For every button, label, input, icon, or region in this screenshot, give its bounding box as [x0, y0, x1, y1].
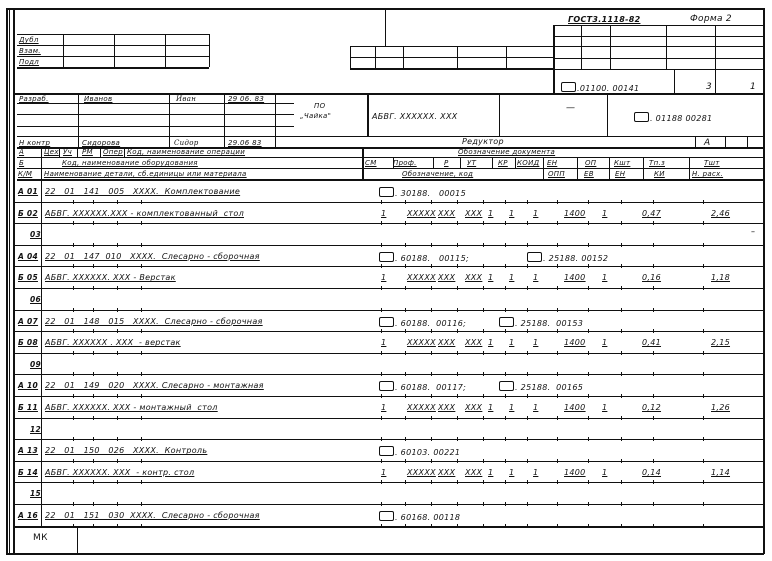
- row-value: 1400: [564, 338, 586, 348]
- row-value: 1: [488, 403, 493, 413]
- row-value: 0,47: [642, 209, 661, 219]
- header-b-name: Код, наименование оборудования: [62, 158, 198, 168]
- row-document-ref-2: . 25188. 00153: [499, 317, 583, 329]
- row-value: 1: [488, 209, 493, 219]
- row-value: 1: [509, 209, 514, 219]
- row-value: 1,18: [711, 273, 730, 283]
- row-document-ref-2: . 25188. 00152: [527, 252, 608, 264]
- col-kr: КР: [498, 158, 508, 168]
- col-designation-code: Обозначение, код: [402, 169, 473, 179]
- row-text: 22 01 148 015 XXXX. Слесарно - сборочная: [45, 317, 263, 327]
- row-document-ref-text: . 60188. 00116;: [395, 319, 466, 328]
- header-a-prefix: А: [19, 147, 24, 157]
- row-value: XXX: [465, 338, 482, 348]
- row-document-ref-text: . 60188. 00115;: [395, 254, 469, 263]
- row-value: XXX: [465, 273, 482, 283]
- row-value: 2,15: [711, 338, 730, 348]
- row-value: 1: [509, 468, 514, 478]
- row-number: Б 08: [18, 338, 38, 348]
- col-tsht: Тшт: [704, 158, 720, 168]
- table-row: 03–: [13, 223, 763, 245]
- row-value: 1: [533, 403, 538, 413]
- col-koid: КОИД: [517, 158, 539, 168]
- row-document-ref: . 60188. 00117;: [379, 381, 466, 393]
- col-sm: СМ: [365, 158, 377, 168]
- row-value: XXX: [438, 209, 455, 219]
- row-document-ref-text: . 30188. 00015: [395, 189, 466, 198]
- document-symbol-icon: [379, 252, 394, 262]
- row-value: 1: [488, 273, 493, 283]
- document-symbol-icon: [634, 112, 649, 122]
- table-row: 06: [13, 288, 763, 310]
- frame-right: [763, 8, 765, 554]
- row-text: 22 01 149 020 XXXX. Слесарно - монтажная: [45, 381, 264, 391]
- row-value: 1: [509, 338, 514, 348]
- stamp-grid-middle: [350, 46, 555, 68]
- col-r: Р: [444, 158, 449, 168]
- row-number: Б 02: [18, 209, 38, 219]
- col-ut: УТ: [467, 158, 476, 168]
- footer-top-line: [13, 526, 763, 528]
- row-text: АБВГ. XXXXXX. XXX - контр. стол: [45, 468, 194, 478]
- row-value: 1: [381, 468, 386, 478]
- table-row: Б 05АБВГ. XXXXXX. XXX - Верстак1XXXXXXXX…: [13, 266, 763, 288]
- document-symbol-icon: [561, 82, 576, 92]
- header-b-prefix: Б: [19, 158, 24, 168]
- col-op: ОП: [585, 158, 596, 168]
- frame-bottom: [6, 553, 764, 555]
- table-row: Б 11АБВГ. XXXXXX. XXX - монтажный стол1X…: [13, 396, 763, 418]
- row-value: 1400: [564, 209, 586, 219]
- row-value: 1: [381, 338, 386, 348]
- header-a-name: Код, наименование операции: [127, 147, 245, 157]
- header-km-prefix: К/М: [18, 169, 32, 179]
- revision-block: Дубл Взам. Подл: [17, 34, 209, 67]
- row-value: 1: [602, 468, 607, 478]
- row-value: 1,26: [711, 403, 730, 413]
- col-en2: ЕН: [615, 169, 625, 179]
- row-value: 1: [602, 209, 607, 219]
- row-value: 1: [381, 273, 386, 283]
- revision-label-dubl: Дубл: [19, 35, 39, 45]
- row-value: 0,41: [642, 338, 661, 348]
- row-number: А 16: [18, 511, 38, 521]
- row-text: АБВГ. XXXXXX. XXX - монтажный стол: [45, 403, 218, 413]
- footer-divider: [77, 526, 78, 553]
- revision-label-vzam: Взам.: [19, 46, 41, 56]
- row-text: АБВГ. XXXXXX. XXX - Верстак: [45, 273, 176, 283]
- row-number: Б 14: [18, 468, 38, 478]
- product-name: Редуктор: [462, 137, 504, 147]
- row-value: XXX: [438, 273, 455, 283]
- row-value: XXXXX: [407, 403, 436, 413]
- row-document-ref: . 30188. 00015: [379, 187, 466, 199]
- row-text: 22 01 141 005 XXXX. Комплектование: [45, 187, 240, 197]
- specification-code: . 01188 00281: [634, 112, 712, 124]
- row-value: 1: [509, 403, 514, 413]
- row-document-ref: . 60188. 00115;: [379, 252, 469, 264]
- row-value: 1400: [564, 273, 586, 283]
- row-document-ref-2-text: . 25188. 00153: [515, 319, 583, 328]
- role-developer: Разраб.: [19, 94, 49, 104]
- col-ev: ЕВ: [584, 169, 594, 179]
- table-row: А 1622 01 151 030 XXXX. Слесарно - сборо…: [13, 504, 763, 526]
- row-value: 1: [533, 209, 538, 219]
- row-number: А 07: [18, 317, 38, 327]
- designation-dash: —: [566, 103, 575, 113]
- table-row: А 0122 01 141 005 XXXX. Комплектование. …: [13, 180, 763, 202]
- row-value: 1,14: [711, 468, 730, 478]
- row-document-ref-text: . 60188. 00117;: [395, 383, 466, 392]
- row-number: 15: [30, 489, 41, 499]
- date-developer: 29 06. 83: [228, 94, 264, 104]
- document-symbol-icon: [379, 317, 394, 327]
- row-value: 0,16: [642, 273, 661, 283]
- row-text: АБВГ. XXXXXX . XXX - верстак: [45, 338, 181, 348]
- row-document-ref-2-text: . 25188. 00165: [515, 383, 583, 392]
- designation: АБВГ. XXXXXX. XXX: [372, 112, 458, 122]
- row-number: 09: [30, 360, 41, 370]
- table-row: 12: [13, 418, 763, 440]
- row-value: 1: [509, 273, 514, 283]
- header-km-name: Наименование детали, сб.единицы или мате…: [44, 169, 247, 179]
- document-code-text: .01100. 00141: [577, 84, 639, 93]
- document-type: МК: [33, 533, 48, 543]
- table-row: 09: [13, 353, 763, 375]
- row-document-ref: . 60103. 00221: [379, 446, 460, 458]
- col-tpz: Тп.з: [649, 158, 665, 168]
- row-text: 22 01 150 026 XXXX. Контроль: [45, 446, 207, 456]
- row-value: 1: [488, 338, 493, 348]
- row-number: А 10: [18, 381, 38, 391]
- row-number: 03: [30, 230, 41, 240]
- row-value: XXXXX: [407, 338, 436, 348]
- header-a-uch: Уч: [63, 147, 72, 157]
- row-value: 1: [533, 273, 538, 283]
- table-row: А 0722 01 148 015 XXXX. Слесарно - сборо…: [13, 310, 763, 332]
- row-value: 1: [602, 403, 607, 413]
- row-value: 0,14: [642, 468, 661, 478]
- row-text: 22 01 151 030 XXXX. Слесарно - сборочная: [45, 511, 260, 521]
- table-row: Б 02АБВГ. XXXXXX.XXX - комплектованный с…: [13, 202, 763, 224]
- document-symbol-icon: [379, 381, 394, 391]
- row-extra-mark: –: [751, 227, 755, 237]
- table-row: А 0422 01 147 010 XXXX. Слесарно - сборо…: [13, 245, 763, 267]
- document-symbol-icon: [527, 252, 542, 262]
- header-a-ceh: Цех: [44, 147, 59, 157]
- row-number: А 04: [18, 252, 38, 262]
- row-number: 12: [30, 425, 41, 435]
- header-a-rm: РМ: [82, 147, 93, 157]
- document-symbol-icon: [379, 511, 394, 521]
- row-number: Б 05: [18, 273, 38, 283]
- document-symbol-icon: [379, 446, 394, 456]
- left-margin-line: [6, 8, 8, 554]
- row-document-ref: . 60168. 00118: [379, 511, 460, 523]
- document-symbol-icon: [379, 187, 394, 197]
- row-value: 2,46: [711, 209, 730, 219]
- row-document-ref-text: . 60168. 00118: [395, 513, 460, 522]
- row-value: 1: [602, 338, 607, 348]
- name-developer: Иванов: [84, 94, 112, 104]
- row-value: 0,12: [642, 403, 661, 413]
- document-symbol-icon: [499, 381, 514, 391]
- table-row: Б 14АБВГ. XXXXXX. XXX - контр. стол1XXXX…: [13, 461, 763, 483]
- organization-line1: ПО: [314, 101, 325, 111]
- row-value: XXXXX: [407, 209, 436, 219]
- row-value: 1: [381, 403, 386, 413]
- form-label: Форма 2: [690, 14, 732, 24]
- col-norm-consumption: Н. расх.: [692, 169, 723, 179]
- row-value: XXX: [465, 403, 482, 413]
- gost-standard: ГОСТ3.1118-82: [568, 15, 640, 25]
- specification-code-text: . 01188 00281: [650, 114, 712, 123]
- row-value: XXX: [465, 468, 482, 478]
- row-value: XXX: [438, 338, 455, 348]
- row-document-ref-text: . 60103. 00221: [395, 448, 460, 457]
- row-value: XXXXX: [407, 468, 436, 478]
- row-value: 1: [488, 468, 493, 478]
- row-document-ref-2-text: . 25188. 00152: [543, 254, 608, 263]
- row-value: XXX: [465, 209, 482, 219]
- col-en: ЕН: [547, 158, 557, 168]
- row-value: 1: [381, 209, 386, 219]
- row-value: XXX: [438, 403, 455, 413]
- row-text: 22 01 147 010 XXXX. Слесарно - сборочная: [45, 252, 260, 262]
- row-document-ref: . 60188. 00116;: [379, 317, 466, 329]
- row-text: АБВГ. XXXXXX.XXX - комплектованный стол: [45, 209, 244, 219]
- table-row: Б 08АБВГ. XXXXXX . XXX - верстак1XXXXXXX…: [13, 331, 763, 353]
- row-number: А 01: [18, 187, 38, 197]
- table-row: 15: [13, 482, 763, 504]
- col-ki: КИ: [654, 169, 665, 179]
- col-opp: ОПП: [548, 169, 565, 179]
- row-value: XXXXX: [407, 273, 436, 283]
- header-a-oper: Опер: [103, 147, 123, 157]
- row-value: 1: [533, 338, 538, 348]
- table-row: А 1322 01 150 026 XXXX. Контроль. 60103.…: [13, 439, 763, 461]
- left-margin-line-inner: [9, 8, 10, 554]
- row-value: 1: [533, 468, 538, 478]
- sheets-total: 3: [706, 82, 712, 92]
- document-symbol-icon: [499, 317, 514, 327]
- row-value: 1400: [564, 468, 586, 478]
- organization-line2: „Чайка": [300, 111, 331, 121]
- table-row: А 1022 01 149 020 XXXX. Слесарно - монта…: [13, 374, 763, 396]
- row-value: 1: [602, 273, 607, 283]
- signature-developer: Иван: [176, 94, 196, 104]
- row-number: 06: [30, 295, 41, 305]
- row-number: А 13: [18, 446, 38, 456]
- row-number: Б 11: [18, 403, 38, 413]
- revision-label-podl: Подл: [19, 57, 39, 67]
- row-document-ref-2: . 25188. 00165: [499, 381, 583, 393]
- col-kst: Кшт: [614, 158, 630, 168]
- sheet-number: 1: [750, 82, 756, 92]
- header-doc-title: Обозначение документа: [458, 147, 555, 157]
- row-value: XXX: [438, 468, 455, 478]
- row-value: 1400: [564, 403, 586, 413]
- col-prof: Проф.: [393, 158, 417, 168]
